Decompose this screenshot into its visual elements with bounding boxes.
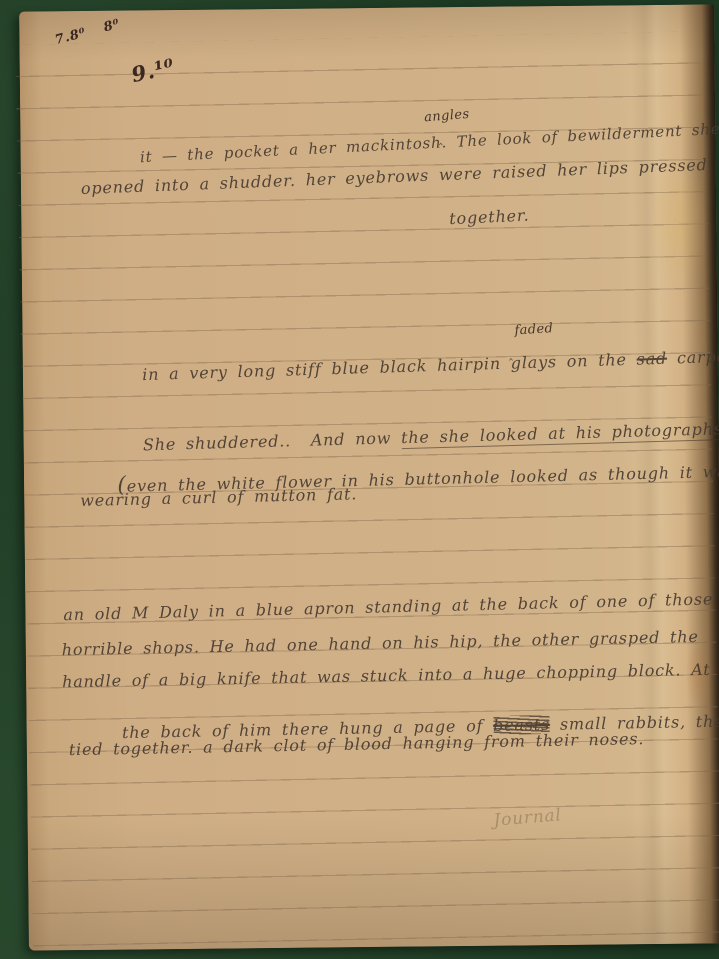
struck-word: sad — [636, 349, 667, 369]
line-text: in a very long stiff blue black hairpin … — [142, 350, 637, 385]
line-text: it — the pocket a her mackintosh. The lo… — [140, 128, 559, 166]
manuscript-photo: 7.8⁰ 8⁰ 9.¹⁰ angles ‸ it — the pocket a … — [0, 0, 719, 959]
handwritten-line: together. — [449, 206, 530, 229]
line-text: carpet. — [667, 346, 719, 367]
line-text: bewilderment she offered — [557, 116, 719, 145]
notebook-page: 7.8⁰ 8⁰ 9.¹⁰ angles ‸ it — the pocket a … — [19, 4, 719, 950]
